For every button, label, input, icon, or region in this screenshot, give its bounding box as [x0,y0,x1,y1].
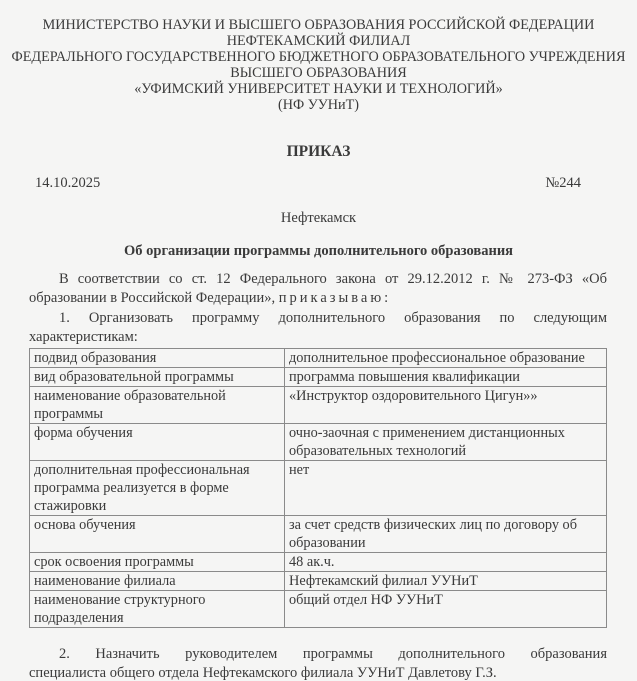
table-row: наименование филиалаНефтекамский филиал … [30,572,607,591]
item-2-line-1: 2. Назначить руководителем программы доп… [29,645,607,664]
document-subject: Об организации программы дополнительного… [0,243,637,260]
characteristic-label: вид образовательной программы [30,368,285,387]
document-city: Нефтекамск [0,210,637,227]
characteristic-value: «Инструктор оздоровительного Цигун»» [285,387,607,424]
table-row: наименование структурного подразделенияо… [30,591,607,628]
document-title: ПРИКАЗ [0,143,637,161]
header-line-institution: ФЕДЕРАЛЬНОГО ГОСУДАРСТВЕННОГО БЮДЖЕТНОГО… [0,49,637,65]
table-row: подвид образованиядополнительное професс… [30,349,607,368]
item-2-paragraph: 2. Назначить руководителем программы доп… [29,645,607,681]
characteristic-label: основа обучения [30,516,285,553]
table-row: наименование образовательной программы«И… [30,387,607,424]
characteristic-label: форма обучения [30,424,285,461]
item-1-line-1: 1. Организовать программу дополнительног… [29,309,607,328]
document-number: №244 [545,175,581,192]
header-line-ministry: МИНИСТЕРСТВО НАУКИ И ВЫСШЕГО ОБРАЗОВАНИЯ… [0,17,637,33]
document-date: 14.10.2025 [35,175,100,192]
item-2-line-2: специалиста общего отдела Нефтекамского … [29,665,497,681]
header-line-branch: НЕФТЕКАМСКИЙ ФИЛИАЛ [0,33,637,49]
characteristic-label: наименование структурного подразделения [30,591,285,628]
table-row: срок освоения программы48 ак.ч. [30,553,607,572]
characteristic-label: дополнительная профессиональная программ… [30,461,285,516]
organization-header: МИНИСТЕРСТВО НАУКИ И ВЫСШЕГО ОБРАЗОВАНИЯ… [0,17,637,113]
characteristic-label: наименование образовательной программы [30,387,285,424]
characteristic-value: дополнительное профессиональное образова… [285,349,607,368]
table-row: вид образовательной программыпрограмма п… [30,368,607,387]
characteristic-value: нет [285,461,607,516]
characteristic-value: Нефтекамский филиал УУНиТ [285,572,607,591]
characteristic-value: общий отдел НФ УУНиТ [285,591,607,628]
characteristic-label: наименование филиала [30,572,285,591]
characteristic-value: очно-заочная с применением дистанционных… [285,424,607,461]
preamble-paragraph: В соответствии со ст. 12 Федерального за… [29,270,607,308]
characteristic-value: за счет средств физических лиц по догово… [285,516,607,553]
header-line-university: «УФИМСКИЙ УНИВЕРСИТЕТ НАУКИ И ТЕХНОЛОГИЙ… [0,81,637,97]
characteristic-label: срок освоения программы [30,553,285,572]
characteristic-value: программа повышения квалификации [285,368,607,387]
item-1-paragraph: 1. Организовать программу дополнительног… [29,309,607,347]
characteristic-label: подвид образования [30,349,285,368]
item-1-line-2: характеристикам: [29,329,138,345]
header-line-higher-ed: ВЫСШЕГО ОБРАЗОВАНИЯ [0,65,637,81]
characteristic-value: 48 ак.ч. [285,553,607,572]
header-line-abbrev: (НФ УУНиТ) [0,97,637,113]
order-document: МИНИСТЕРСТВО НАУКИ И ВЫСШЕГО ОБРАЗОВАНИЯ… [0,0,637,681]
program-characteristics-table: подвид образованиядополнительное професс… [29,348,607,628]
table-row: дополнительная профессиональная программ… [30,461,607,516]
order-word: приказываю: [279,290,391,306]
table-row: форма обученияочно-заочная с применением… [30,424,607,461]
table-row: основа обученияза счет средств физически… [30,516,607,553]
